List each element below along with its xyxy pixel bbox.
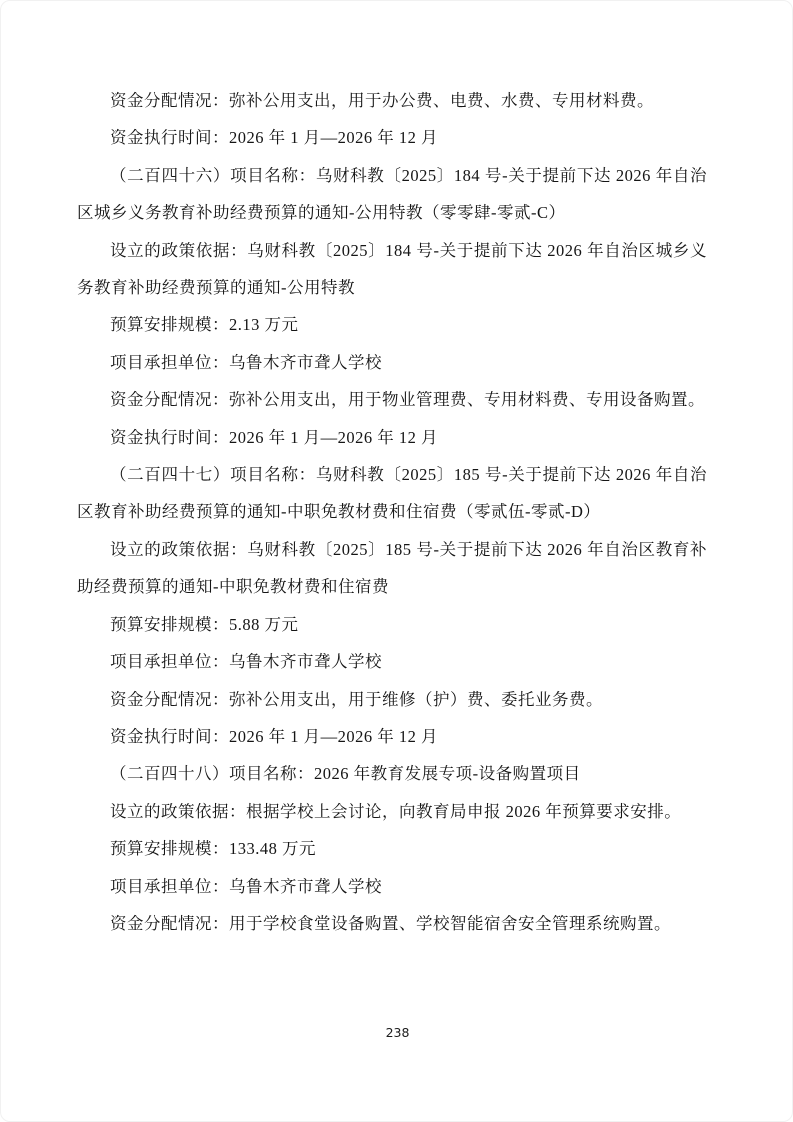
paragraph-project-246-unit: 项目承担单位：乌鲁木齐市聋人学校	[77, 344, 707, 381]
paragraph-project-246-budget: 预算安排规模：2.13 万元	[77, 306, 707, 343]
paragraph-project-246-title: （二百四十六）项目名称：乌财科教〔2025〕184 号-关于提前下达 2026 …	[77, 157, 707, 232]
paragraph-project-246-policy: 设立的政策依据：乌财科教〔2025〕184 号-关于提前下达 2026 年自治区…	[77, 232, 707, 307]
paragraph-project-247-period: 资金执行时间：2026 年 1 月—2026 年 12 月	[77, 718, 707, 755]
paragraph-project-247-policy: 设立的政策依据：乌财科教〔2025〕185 号-关于提前下达 2026 年自治区…	[77, 531, 707, 606]
document-page: 资金分配情况：弥补公用支出，用于办公费、电费、水费、专用材料费。 资金执行时间：…	[0, 0, 793, 1122]
paragraph-project-247-allocation: 资金分配情况：弥补公用支出，用于维修（护）费、委托业务费。	[77, 681, 707, 718]
paragraph-project-247-title: （二百四十七）项目名称：乌财科教〔2025〕185 号-关于提前下达 2026 …	[77, 456, 707, 531]
paragraph-project-247-budget: 预算安排规模：5.88 万元	[77, 606, 707, 643]
paragraph-fund-period: 资金执行时间：2026 年 1 月—2026 年 12 月	[77, 119, 707, 156]
paragraph-project-248-allocation: 资金分配情况：用于学校食堂设备购置、学校智能宿舍安全管理系统购置。	[77, 905, 707, 942]
document-body: 资金分配情况：弥补公用支出，用于办公费、电费、水费、专用材料费。 资金执行时间：…	[77, 82, 707, 942]
paragraph-project-247-unit: 项目承担单位：乌鲁木齐市聋人学校	[77, 643, 707, 680]
paragraph-project-246-period: 资金执行时间：2026 年 1 月—2026 年 12 月	[77, 419, 707, 456]
paragraph-project-246-allocation: 资金分配情况：弥补公用支出，用于物业管理费、专用材料费、专用设备购置。	[77, 381, 707, 418]
paragraph-project-248-unit: 项目承担单位：乌鲁木齐市聋人学校	[77, 868, 707, 905]
paragraph-project-248-policy: 设立的政策依据：根据学校上会讨论，向教育局申报 2026 年预算要求安排。	[77, 793, 707, 830]
paragraph-fund-allocation: 资金分配情况：弥补公用支出，用于办公费、电费、水费、专用材料费。	[77, 82, 707, 119]
paragraph-project-248-title: （二百四十八）项目名称：2026 年教育发展专项-设备购置项目	[77, 755, 707, 792]
page-number: 238	[1, 1025, 793, 1040]
paragraph-project-248-budget: 预算安排规模：133.48 万元	[77, 830, 707, 867]
